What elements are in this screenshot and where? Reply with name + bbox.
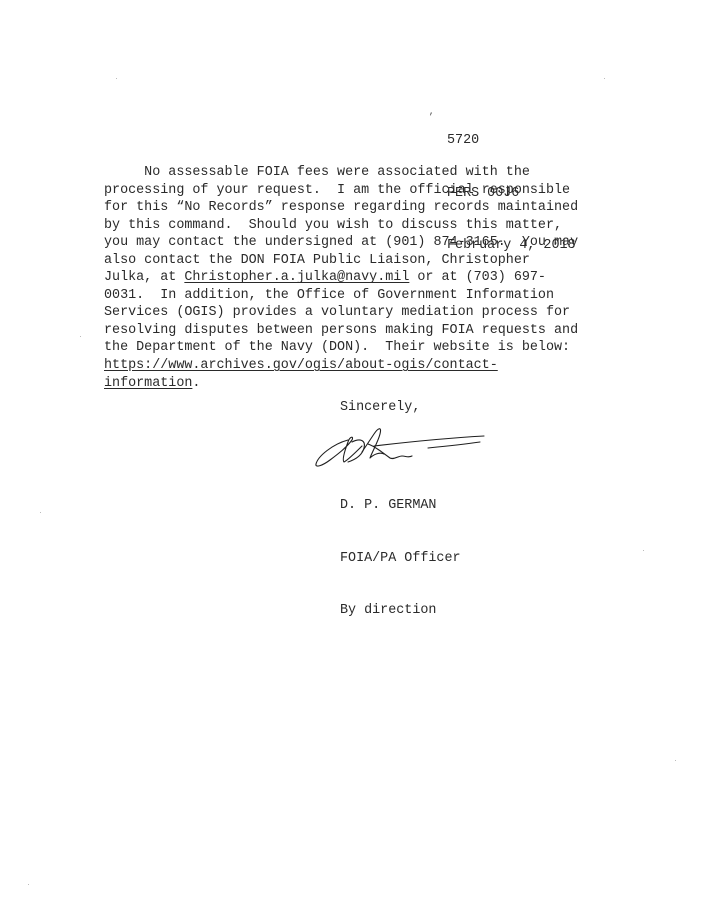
scan-speck [675, 760, 676, 761]
body-text-segment: Services (OGIS) provides a voluntary med… [104, 305, 570, 320]
body-text-segment: also contact the DON FOIA Public Liaison… [104, 253, 530, 268]
email-link[interactable]: Christopher.a.julka@navy.mil [184, 270, 409, 285]
scan-speck [40, 512, 41, 513]
body-text-segment: for this “No Records” response regarding… [104, 200, 578, 215]
ssic-code: 5720 [447, 132, 576, 150]
signer-authority: By direction [340, 602, 461, 620]
body-text-segment: No assessable FOIA fees were associated … [104, 165, 530, 180]
letter-page: ’ 5720 PERS 00J6 February 4, 2018 No ass… [0, 0, 705, 912]
body-line: the Department of the Navy (DON). Their … [104, 339, 604, 357]
body-text-segment: you may contact the undersigned at (901)… [104, 235, 578, 250]
body-text-segment: processing of your request. I am the off… [104, 183, 570, 198]
body-line: information. [104, 375, 604, 393]
body-text-segment: resolving disputes between persons makin… [104, 323, 578, 338]
scan-mark: ’ [428, 113, 434, 124]
scan-speck [80, 336, 81, 337]
body-line: you may contact the undersigned at (901)… [104, 234, 604, 252]
signature-block: D. P. GERMAN FOIA/PA Officer By directio… [340, 462, 461, 655]
letter-body: No assessable FOIA fees were associated … [104, 164, 604, 392]
body-line: Services (OGIS) provides a voluntary med… [104, 304, 604, 322]
website-link[interactable]: https://www.archives.gov/ogis/about-ogis… [104, 358, 498, 373]
body-line: Julka, at Christopher.a.julka@navy.mil o… [104, 269, 604, 287]
body-line: processing of your request. I am the off… [104, 182, 604, 200]
body-text-segment: Julka, at [104, 270, 184, 285]
body-line: by this command. Should you wish to disc… [104, 217, 604, 235]
body-text-segment: 0031. In addition, the Office of Governm… [104, 288, 554, 303]
scan-speck [116, 78, 117, 79]
body-text-segment: or at (703) 697- [409, 270, 546, 285]
body-text-segment: by this command. Should you wish to disc… [104, 218, 562, 233]
body-line: 0031. In addition, the Office of Governm… [104, 287, 604, 305]
website-link[interactable]: information [104, 376, 192, 391]
body-line: for this “No Records” response regarding… [104, 199, 604, 217]
body-text-segment: the Department of the Navy (DON). Their … [104, 340, 570, 355]
body-line: https://www.archives.gov/ogis/about-ogis… [104, 357, 604, 375]
scan-speck [604, 78, 605, 79]
scan-speck [28, 884, 29, 885]
signer-title: FOIA/PA Officer [340, 550, 461, 568]
signer-name: D. P. GERMAN [340, 497, 461, 515]
body-line: No assessable FOIA fees were associated … [104, 164, 604, 182]
body-line: also contact the DON FOIA Public Liaison… [104, 252, 604, 270]
closing-salutation: Sincerely, [340, 399, 420, 417]
body-line: resolving disputes between persons makin… [104, 322, 604, 340]
scan-speck [643, 550, 644, 551]
body-text-segment: . [192, 376, 200, 391]
